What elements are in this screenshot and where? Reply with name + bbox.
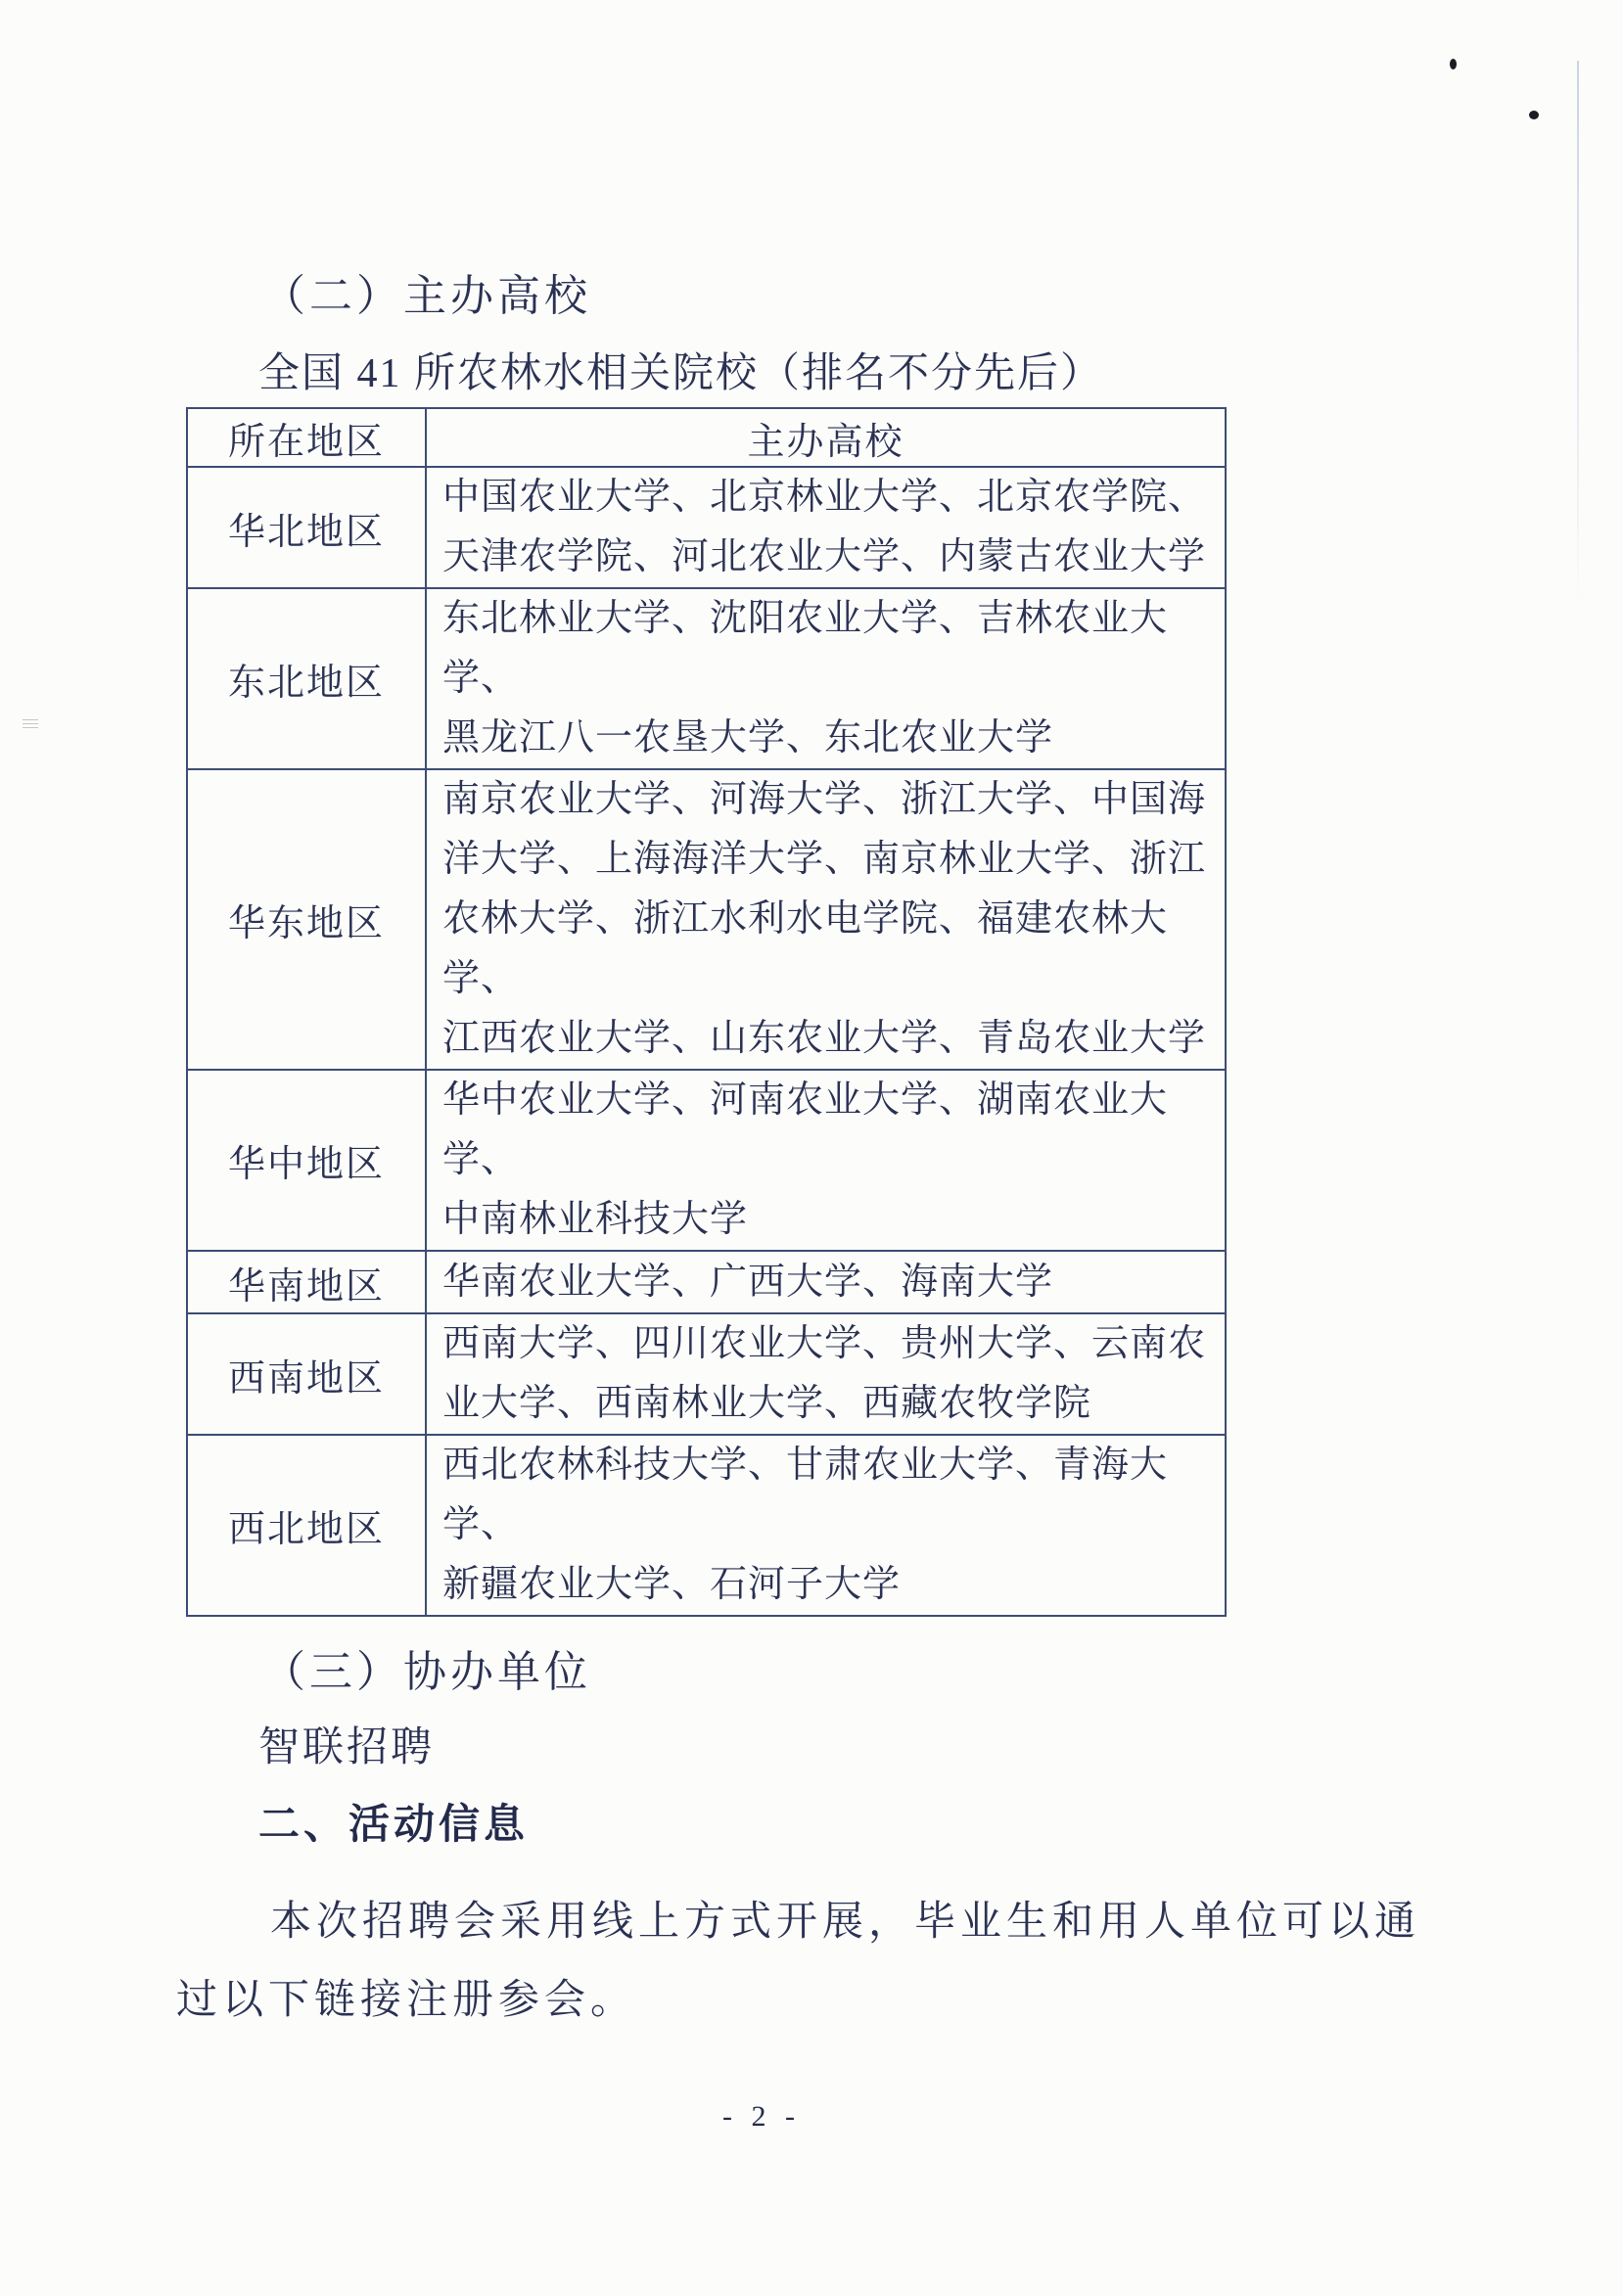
section3-heading: （三）协办单位	[176, 1648, 1437, 1697]
universities-cell: 南京农业大学、河海大学、浙江大学、中国海 洋大学、上海海洋大学、南京林业大学、浙…	[426, 769, 1226, 1070]
region-cell: 华东地区	[187, 769, 426, 1070]
table-intro-text: 全国 41 所农林水相关院校（排名不分先后）	[176, 350, 1437, 397]
scan-artifact-dot	[1450, 59, 1457, 69]
table-row: 东北地区 东北林业大学、沈阳农业大学、吉林农业大学、 黑龙江八一农垦大学、东北农…	[187, 588, 1226, 769]
page-number: - 2 -	[722, 2100, 801, 2134]
table-row: 华南地区 华南农业大学、广西大学、海南大学	[187, 1251, 1226, 1313]
universities-cell: 西北农林科技大学、甘肃农业大学、青海大学、 新疆农业大学、石河子大学	[426, 1435, 1226, 1616]
universities-cell: 东北林业大学、沈阳农业大学、吉林农业大学、 黑龙江八一农垦大学、东北农业大学	[426, 588, 1226, 769]
region-cell: 西北地区	[187, 1435, 426, 1616]
universities-cell: 西南大学、四川农业大学、贵州大学、云南农 业大学、西南林业大学、西藏农牧学院	[426, 1313, 1226, 1435]
table-row: 西北地区 西北农林科技大学、甘肃农业大学、青海大学、 新疆农业大学、石河子大学	[187, 1435, 1226, 1616]
section2-heading: （二）主办高校	[176, 272, 1437, 321]
table-row: 华中地区 华中农业大学、河南农业大学、湖南农业大学、 中南林业科技大学	[187, 1070, 1226, 1251]
scan-artifact-dot	[1529, 111, 1539, 119]
universities-cell: 华南农业大学、广西大学、海南大学	[426, 1251, 1226, 1313]
table-row: 华北地区 中国农业大学、北京林业大学、北京农学院、 天津农学院、河北农业大学、内…	[187, 467, 1226, 588]
co-organizer-text: 智联招聘	[176, 1724, 1437, 1771]
table-row: 华东地区 南京农业大学、河海大学、浙江大学、中国海 洋大学、上海海洋大学、南京林…	[187, 769, 1226, 1070]
table-header-row: 所在地区 主办高校	[187, 408, 1226, 467]
host-universities-table: 所在地区 主办高校 华北地区 中国农业大学、北京林业大学、北京农学院、 天津农学…	[186, 407, 1227, 1617]
document-page: （二）主办高校 全国 41 所农林水相关院校（排名不分先后） 所在地区 主办高校…	[0, 0, 1623, 2296]
activity-section-heading: 二、活动信息	[176, 1801, 1437, 1848]
scan-artifact-edge-line	[1577, 61, 1579, 609]
universities-column-header: 主办高校	[426, 408, 1226, 467]
table-row: 西南地区 西南大学、四川农业大学、贵州大学、云南农 业大学、西南林业大学、西藏农…	[187, 1313, 1226, 1435]
activity-paragraph: 本次招聘会采用线上方式开展，毕业生和用人单位可以通 过以下链接注册参会。	[176, 1883, 1437, 2040]
scan-artifact-smudge	[23, 719, 38, 729]
universities-cell: 华中农业大学、河南农业大学、湖南农业大学、 中南林业科技大学	[426, 1070, 1226, 1251]
region-cell: 华南地区	[187, 1251, 426, 1313]
region-column-header: 所在地区	[187, 408, 426, 467]
universities-cell: 中国农业大学、北京林业大学、北京农学院、 天津农学院、河北农业大学、内蒙古农业大…	[426, 467, 1226, 588]
region-cell: 华中地区	[187, 1070, 426, 1251]
region-cell: 华北地区	[187, 467, 426, 588]
region-cell: 西南地区	[187, 1313, 426, 1435]
region-cell: 东北地区	[187, 588, 426, 769]
